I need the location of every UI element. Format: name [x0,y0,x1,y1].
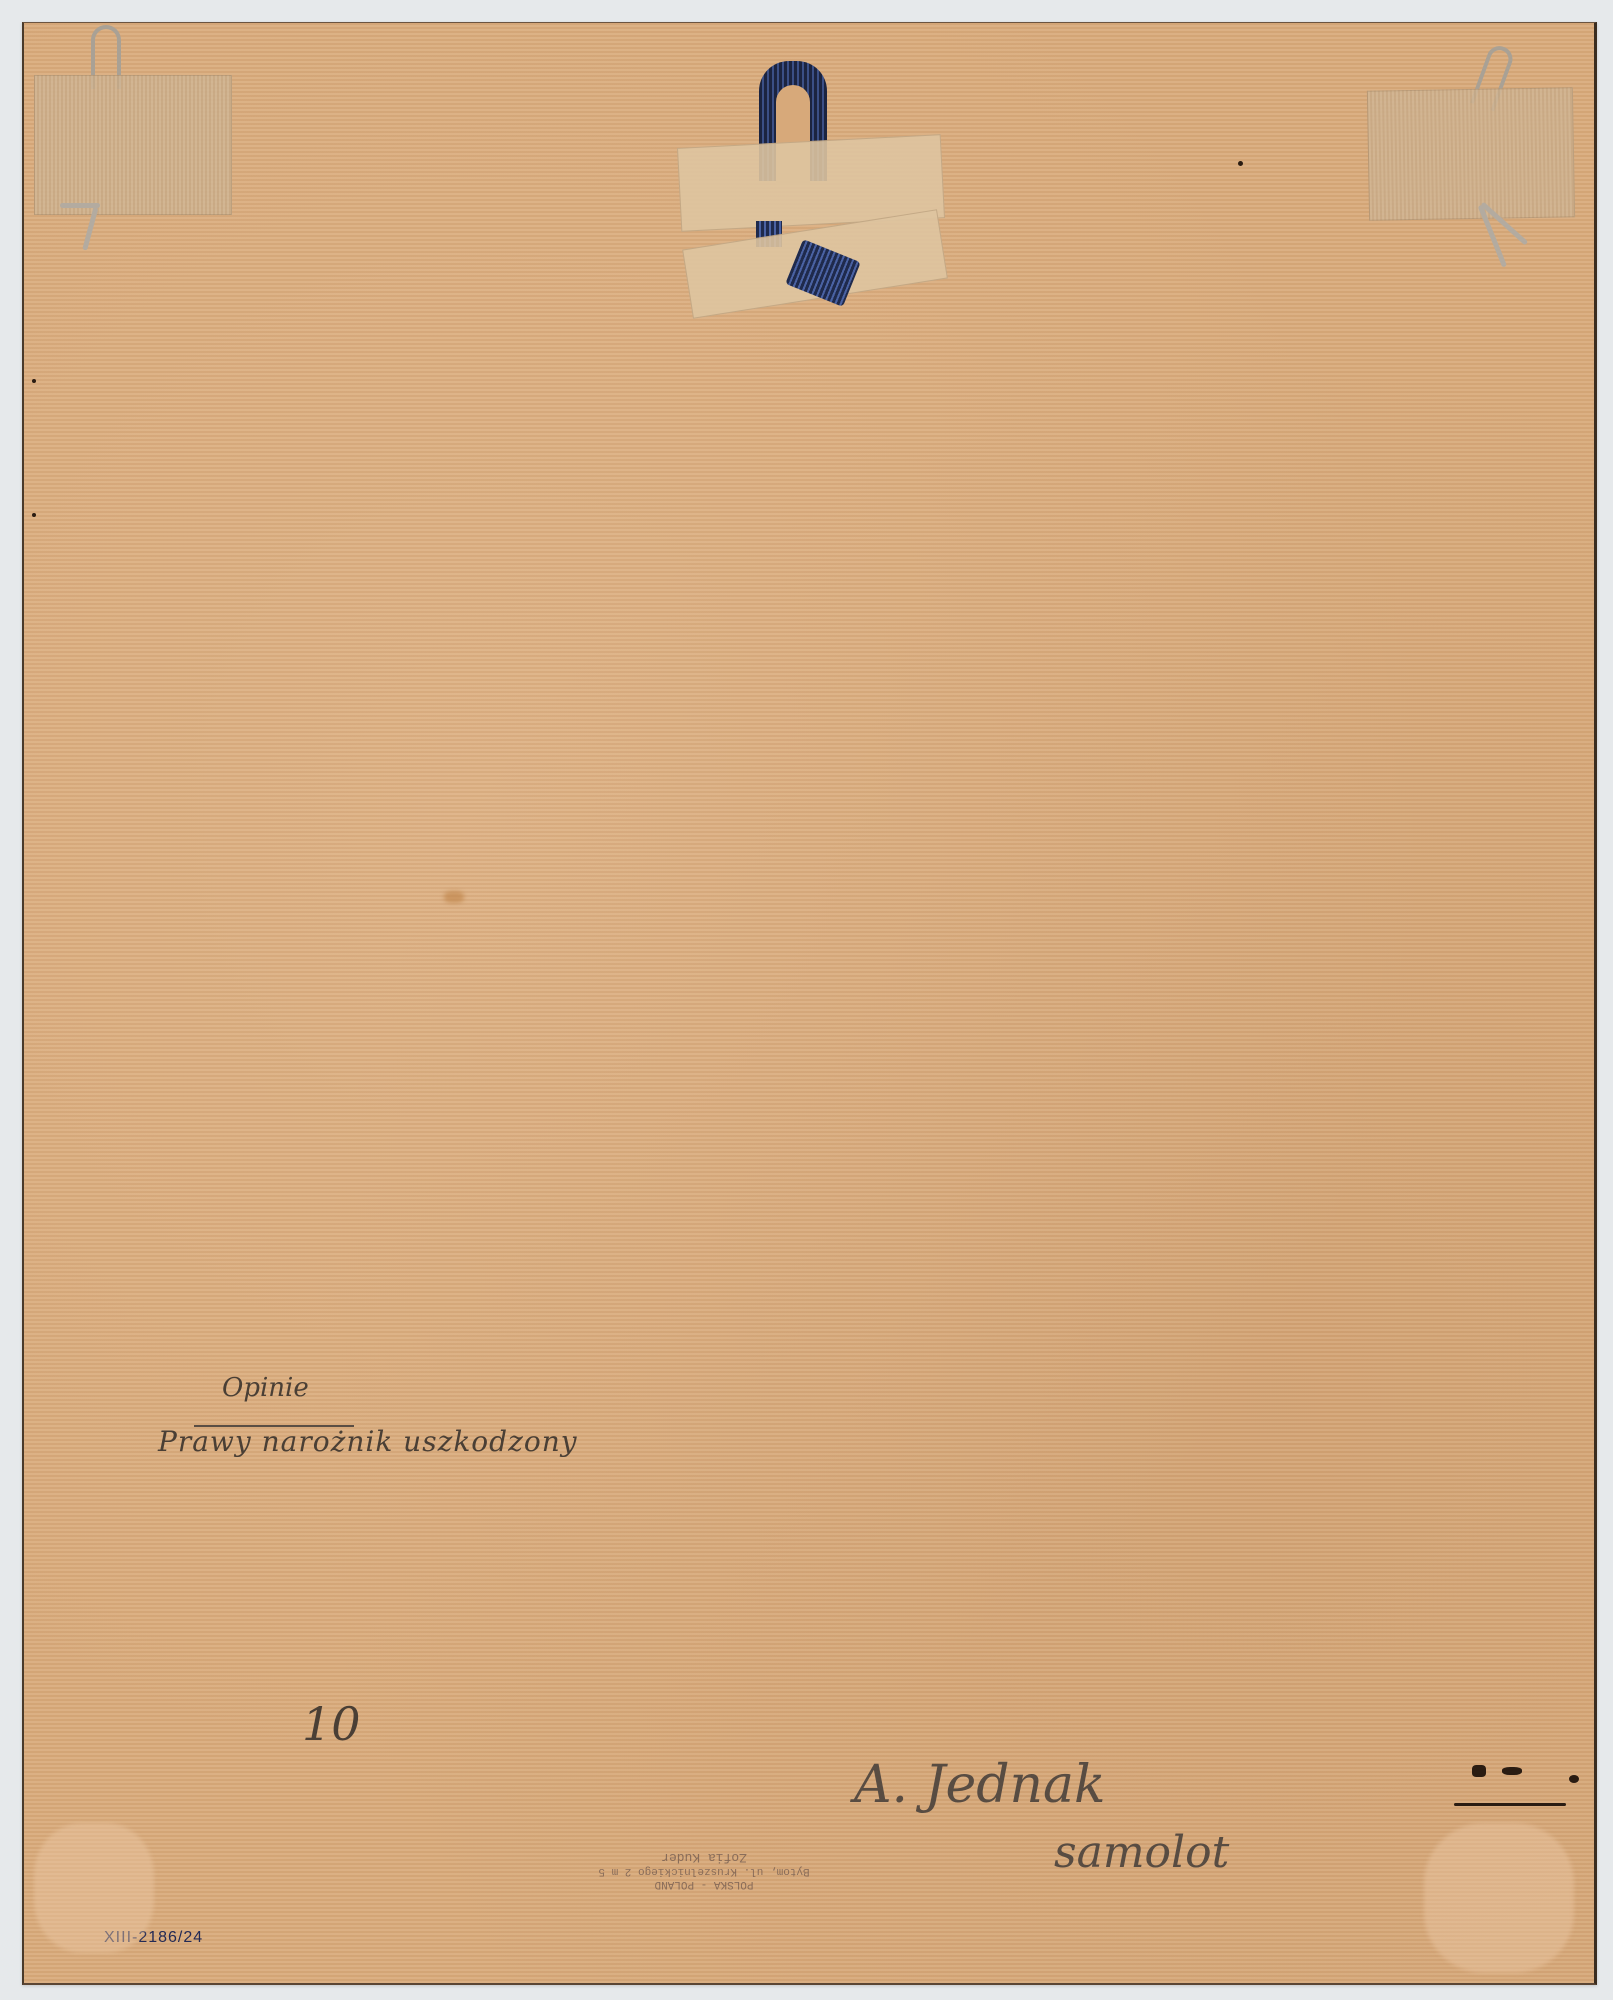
damage-line [1454,1803,1566,1806]
stamp-line-3: POLSKA - POLAND [584,1877,824,1890]
note-title: Opinie [222,1373,309,1403]
worn-corner-bottom-left [34,1823,154,1953]
signature-line-2: samolot [1054,1827,1229,1878]
stamp-line-1: Zofia Kuder [584,1851,824,1864]
tape-top-right [1367,87,1575,221]
stamp-line-2: Bytom, ul. Kruszelnickiego 2 m 5 [584,1864,824,1877]
tape-top-left [34,75,232,215]
worn-corner-bottom-right [1424,1823,1574,1973]
note-condition: Prawy narożnik uszkodzony [158,1425,578,1458]
backing-board: Opinie Prawy narożnik uszkodzony 10 A. J… [22,22,1597,1985]
speck [32,379,36,383]
stain [444,891,464,903]
signature-line-1: A. Jednak [854,1755,1106,1815]
damage-mark [1472,1765,1486,1777]
damage-mark [1502,1767,1522,1775]
artist-stamp: POLSKA - POLAND Bytom, ul. Kruszelnickie… [584,1851,824,1890]
speck [32,513,36,517]
note-number: 10 [302,1697,361,1751]
speck [1238,161,1243,166]
damage-mark [1569,1775,1579,1783]
